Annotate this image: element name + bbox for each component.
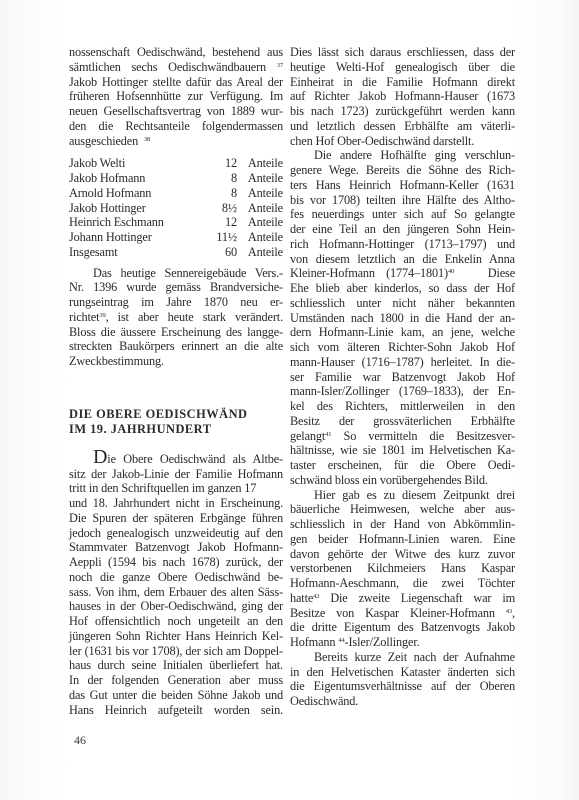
text-line: sämtlichen sechs Oedischwändbauern 37 <box>69 60 283 75</box>
text-line: neuen Gesellschaftsvertrag von 1889 wur- <box>69 104 283 119</box>
text-line: schliesslich unter nicht näher bekannten <box>290 296 515 311</box>
text-line: Das heutige Sennereigebäude Vers.- <box>69 266 283 281</box>
table-row: Jakob Hofmann 8 Anteile <box>69 171 283 186</box>
text-line: bis nach 1723) zurückgeführt werden kann <box>290 104 515 119</box>
text-line: die dritte Eigentum des Batzenvogts Jako… <box>290 620 515 635</box>
left-column: nossenschaft Oedischwänd, bestehend aus … <box>69 45 283 717</box>
text-line: ters Hans Heinrich Hofmann-Keller (1631 <box>290 178 515 193</box>
text-line: Zweckbestimmung. <box>69 354 283 369</box>
text-line: mann-Isler/Zollinger (1769–1833), der En… <box>290 384 515 399</box>
text-line: bäuerliche Heimwesen, welche aber aus- <box>290 502 515 517</box>
text-line: jüngeren Sohn Richter Hans Heinrich Kel- <box>69 629 283 644</box>
right-column: Dies lässt sich daraus erschliessen, das… <box>290 45 515 709</box>
text-line: Einheirat in die Familie Hofmann direkt <box>290 75 515 90</box>
paragraph-three-farms: Hier gab es zu diesem Zeitpunkt drei bäu… <box>290 488 515 650</box>
footnote-ref: 40 <box>448 268 454 275</box>
text-line: genere Wege. Bereits die Söhne des Rich- <box>290 163 515 178</box>
text-line: In der folgenden Generation aber muss <box>69 673 283 688</box>
shareholder-name: Insgesamt <box>69 245 203 260</box>
shareholder-name: Johann Hottinger <box>69 230 203 245</box>
table-row: Heinrich Eschmann 12 Anteile <box>69 215 283 230</box>
text-line: hauses in der Ober-Oedischwänd, ging der <box>69 599 283 614</box>
share-quantity: 8 <box>203 186 243 201</box>
text-line: haus durch seine Initialen überliefert h… <box>69 658 283 673</box>
text-line: Dies lässt sich daraus erschliessen, das… <box>290 45 515 60</box>
share-quantity: 8 <box>203 171 243 186</box>
intro-paragraph: nossenschaft Oedischwänd, bestehend aus … <box>69 45 283 148</box>
text-line: in den Helvetischen Kataster änderten si… <box>290 665 515 680</box>
table-row: Jakob Welti 12 Anteile <box>69 156 283 171</box>
text-line: rich Hofmann-Hottinger (1713–1797) und <box>290 237 515 252</box>
shareholder-name: Jakob Welti <box>69 156 203 171</box>
section-heading: DIE OBERE OEDISCHWÄND IM 19. JAHRHUNDERT <box>69 407 283 437</box>
text-line: ser Familie war Batzenvogt Jakob Hof <box>290 370 515 385</box>
text-line: Die Spuren der späteren Erbgänge führen <box>69 511 283 526</box>
shareholder-name: Arnold Hofmann <box>69 186 203 201</box>
shareholder-name: Heinrich Eschmann <box>69 215 203 230</box>
building-paragraph: Das heutige Sennereigebäude Vers.- Nr. 1… <box>69 266 283 369</box>
text-line: jedoch genealogisch unzweideutig auf den <box>69 526 283 541</box>
text-line: Hof offensichtlich noch ungeteilt an den <box>69 614 283 629</box>
text-line: und 18. Jahrhundert nicht in Erscheinung… <box>69 496 283 511</box>
text-line: Die Obere Oedischwänd als Altbe- <box>69 451 283 467</box>
text-line: Umständen nach 1800 in die Hand der an- <box>290 311 515 326</box>
paragraph-other-half: Die andere Hofhälfte ging verschlun- gen… <box>290 148 515 487</box>
text-line: Bloss die äussere Erscheinung des langge… <box>69 325 283 340</box>
text-line: sass. Von ihm, dem Erbauer des alten Säs… <box>69 585 283 600</box>
text-line: gen beider Hofmann-Linien waren. Eine <box>290 532 515 547</box>
table-row: Jakob Hottinger 8½ Anteile <box>69 201 283 216</box>
text-line: schliesslich in der Hand von Abkömmlin- <box>290 517 515 532</box>
heading-line: IM 19. JAHRHUNDERT <box>69 422 283 437</box>
text-line: sich vom älteren Richter-Sohn Jakob Hof <box>290 340 515 355</box>
text-line: schwänd bloss ein vorübergehendes Bild. <box>290 473 515 488</box>
text-line: Aeppli (1594 bis nach 1678) zurück, der <box>69 555 283 570</box>
drop-cap: D <box>93 446 107 468</box>
shares-table: Jakob Welti 12 Anteile Jakob Hofmann 8 A… <box>69 156 283 259</box>
text-line: auf Richter Jakob Hofmann-Hauser (1673 <box>290 89 515 104</box>
page-number: 46 <box>74 733 86 748</box>
text-line: streckten Baukörpers erinnert an die alt… <box>69 339 283 354</box>
table-row-total: Insgesamt 60 Anteile <box>69 245 283 260</box>
text-line: tritt in den Schriftquellen im ganzen 17 <box>69 481 283 496</box>
text-line: Besitz der grossväterlichen Erbhälfte <box>290 414 515 429</box>
footnote-ref: 38 <box>144 136 150 143</box>
text-line: bis vor 1708) teilten ihre Hälfte des Al… <box>290 193 515 208</box>
text-line: richtet39, ist aber heute stark veränder… <box>69 310 283 325</box>
text-line: rungseintrag im Jahre 1870 neu er- <box>69 295 283 310</box>
share-unit: Anteile <box>243 156 283 171</box>
footnote-ref: 37 <box>277 62 283 69</box>
heading-line: DIE OBERE OEDISCHWÄND <box>69 407 283 422</box>
table-row: Arnold Hofmann 8 Anteile <box>69 186 283 201</box>
text-line: früheren Hofsennhütte zur Verfügung. Im <box>69 89 283 104</box>
text-line: den die Rechtsanteile folgendermassen <box>69 119 283 134</box>
share-unit: Anteile <box>243 171 283 186</box>
section-paragraph: Die Obere Oedischwänd als Altbe- sitz de… <box>69 451 283 718</box>
text-line: Kleiner-Hofmann (1774–1801)40 Diese <box>290 266 515 281</box>
text-line: das Gut unter die beiden Söhne Jakob und <box>69 688 283 703</box>
share-quantity: 12 <box>203 156 243 171</box>
share-unit: Anteile <box>243 230 283 245</box>
table-row: Johann Hottinger 11½ Anteile <box>69 230 283 245</box>
text-line: chen Hof Ober-Oedischwänd darstellt. <box>290 134 515 149</box>
share-unit: Anteile <box>243 245 283 260</box>
text-line: nossenschaft Oedischwänd, bestehend aus <box>69 45 283 60</box>
share-quantity: 60 <box>203 245 243 260</box>
text-line: gelangt41 So vermitteln die Besitzesver- <box>290 429 515 444</box>
shareholder-name: Jakob Hottinger <box>69 201 203 216</box>
text-line: Hans Heinrich aufgeteilt worden sein. <box>69 703 283 718</box>
text-line: Besitze von Kaspar Kleiner-Hofmann 43, <box>290 606 515 621</box>
text-line: fes neuerdings unter sich auf So gelangt… <box>290 207 515 222</box>
text-line: Hier gab es zu diesem Zeitpunkt drei <box>290 488 515 503</box>
text-line: heutige Welti-Hof genealogisch über die <box>290 60 515 75</box>
share-quantity: 12 <box>203 215 243 230</box>
text-line: Oedischwänd. <box>290 694 515 709</box>
text-line: verstorbenen Kilchmeiers Hans Kaspar <box>290 561 515 576</box>
text-line: ler (1631 bis vor 1708), der sich am Dop… <box>69 644 283 659</box>
text-line: sitz der Jakob-Linie der Familie Hofmann <box>69 467 283 482</box>
text-line: die Eigentumsverhältnisse auf der Oberen <box>290 679 515 694</box>
text-line: Bereits kurze Zeit nach der Aufnahme <box>290 650 515 665</box>
text-line: Stammvater Batzenvogt Jakob Hofmann- <box>69 540 283 555</box>
text-line: kel des Richters, mittlerweilen in den <box>290 399 515 414</box>
share-quantity: 11½ <box>203 230 243 245</box>
text-line: von diesem letztlich an die Enkelin Anna <box>290 252 515 267</box>
paragraph-welti-hof: Dies lässt sich daraus erschliessen, das… <box>290 45 515 148</box>
text-line: Hofmann 44-Isler/Zollinger. <box>290 635 515 650</box>
text-line: hatte42 Die zweite Liegenschaft war im <box>290 591 515 606</box>
text-line: und letztlich dessen Erbhälfte am väterl… <box>290 119 515 134</box>
text-line: dern Hofmann-Linie kam, an jene, welche <box>290 325 515 340</box>
text-line: Nr. 1396 wurde gemäss Brandversiche- <box>69 280 283 295</box>
text-line: Ehe blieb aber kinderlos, so dass der Ho… <box>290 281 515 296</box>
share-unit: Anteile <box>243 215 283 230</box>
text-line: mann-Hauser (1716–1787) herleitet. In di… <box>290 355 515 370</box>
text-line: ausgeschieden 38 <box>69 134 283 149</box>
text-line: noch die ganze Obere Oedischwänd be- <box>69 570 283 585</box>
text-line: der eine Teil an den jüngeren Sohn Hein- <box>290 222 515 237</box>
text-line: Jakob Hottinger stellte dafür das Areal … <box>69 75 283 90</box>
shareholder-name: Jakob Hofmann <box>69 171 203 186</box>
text-line: taster erscheinen, für die Obere Oedi- <box>290 458 515 473</box>
paragraph-cadastre: Bereits kurze Zeit nach der Aufnahme in … <box>290 650 515 709</box>
text-line: davon gehörte der Witwe des kurz zuvor <box>290 547 515 562</box>
book-page: nossenschaft Oedischwänd, bestehend aus … <box>0 0 579 800</box>
share-unit: Anteile <box>243 186 283 201</box>
text-line: Hofmann-Aeschmann, die zwei Töchter <box>290 576 515 591</box>
text-line: Die andere Hofhälfte ging verschlun- <box>290 148 515 163</box>
share-unit: Anteile <box>243 201 283 216</box>
text-line: hältnisse, wie sie 1801 im Helvetischen … <box>290 443 515 458</box>
share-quantity: 8½ <box>203 201 243 216</box>
